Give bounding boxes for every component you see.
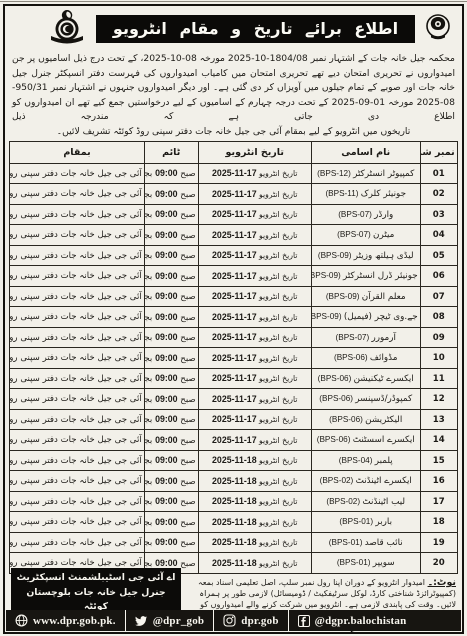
interview-date-cell: تاریخ انٹرویو 18-11-2025 [198, 532, 311, 553]
interview-time-cell: صبح 09:00 بجے [144, 245, 198, 266]
interview-date-cell: تاریخ انٹرویو 18-11-2025 [198, 450, 311, 471]
interview-date-cell: تاریخ انٹرویو 18-11-2025 [198, 553, 311, 574]
interview-date-cell: تاریخ انٹرویو 17-11-2025 [198, 204, 311, 225]
serial-number-cell: 09 [420, 327, 457, 348]
table-row: 14ایکسرے اسسٹنٹ (BPS-06)تاریخ انٹرویو 17… [10, 430, 457, 451]
footer-twitter-segment: @dpr_gob [125, 610, 214, 631]
serial-number-cell: 12 [420, 389, 457, 410]
venue-cell: آئی جی جیل خانہ جات دفتر سپنی روڈ کوئٹہ [10, 409, 144, 430]
interview-time-cell: صبح 09:00 بجے [144, 532, 198, 553]
intro-closing-line: تاریخوں میں انٹرویو کے لیے بمقام آئی جی … [7, 125, 460, 140]
post-name-cell: ایکسرے ٹیکنیشن (BPS-06) [311, 368, 420, 389]
post-name-cell: جونیئر کلرک (BPS-11) [311, 184, 420, 205]
interview-date-cell: تاریخ انٹرویو 17-11-2025 [198, 225, 311, 246]
footer-instagram-segment: dpr.gob [213, 610, 287, 631]
column-header-post: نام اسامی [311, 141, 420, 163]
column-header-date: تاریخ انٹرویو [198, 141, 311, 163]
interview-date-cell: تاریخ انٹرویو 17-11-2025 [198, 286, 311, 307]
interview-time-cell: صبح 09:00 بجے [144, 368, 198, 389]
column-header-time: ٹائم [144, 141, 198, 163]
table-row: 19نائب قاصد (BPS-01)تاریخ انٹرویو 18-11-… [10, 532, 457, 553]
venue-cell: آئی جی جیل خانہ جات دفتر سپنی روڈ کوئٹہ [10, 225, 144, 246]
note-label: نوٹ:۔ [428, 577, 456, 588]
interview-time-cell: صبح 09:00 بجے [144, 348, 198, 369]
post-name-cell: پلمبر (BPS-04) [311, 450, 420, 471]
post-name-cell: جے.وی ٹیچر (فیمیل) (BPS-09) [311, 307, 420, 328]
table-row: 09آرمورر (BPS-07)تاریخ انٹرویو 17-11-202… [10, 327, 457, 348]
interview-time-cell: صبح 09:00 بجے [144, 389, 198, 410]
table-row: 16ایکسرے اٹینڈنٹ (BPS-02)تاریخ انٹرویو 1… [10, 471, 457, 492]
interview-date-cell: تاریخ انٹرویو 17-11-2025 [198, 245, 311, 266]
interview-date-cell: تاریخ انٹرویو 17-11-2025 [198, 389, 311, 410]
interview-date-cell: تاریخ انٹرویو 18-11-2025 [198, 512, 311, 533]
post-name-cell: وارڈر (BPS-07) [311, 204, 420, 225]
government-seal-icon [422, 11, 454, 47]
footer-twitter-handle: @dpr_gob [153, 615, 205, 627]
post-name-cell: ایکسرے اٹینڈنٹ (BPS-02) [311, 471, 420, 492]
post-name-cell: باربر (BPS-01) [311, 512, 420, 533]
facebook-icon [298, 615, 310, 627]
post-name-cell: سویپر (BPS-01) [311, 553, 420, 574]
venue-cell: آئی جی جیل خانہ جات دفتر سپنی روڈ کوئٹہ [10, 266, 144, 287]
interview-time-cell: صبح 09:00 بجے [144, 286, 198, 307]
post-name-cell: لیب اٹینڈنٹ (BPS-02) [311, 491, 420, 512]
post-name-cell: جونیئر ڈرل انسٹرکٹر (BPS-09) [311, 266, 420, 287]
interview-time-cell: صبح 09:00 بجے [144, 471, 198, 492]
footer-social-bar: www.dpr.gob.pk. @dpr_gob dpr.gob @dgpr.b… [6, 610, 461, 631]
newspaper-ad-sheet: اطلاع برائے تاریخ و مقام انٹرویو محکمہ ج… [0, 0, 467, 636]
table-row: 13الیکٹریشن (BPS-06)تاریخ انٹرویو 17-11-… [10, 409, 457, 430]
venue-cell: آئی جی جیل خانہ جات دفتر سپنی روڈ کوئٹہ [10, 184, 144, 205]
serial-number-cell: 01 [420, 163, 457, 184]
interview-date-cell: تاریخ انٹرویو 17-11-2025 [198, 307, 311, 328]
venue-cell: آئی جی جیل خانہ جات دفتر سپنی روڈ کوئٹہ [10, 491, 144, 512]
table-header-row: نمبر شمار نام اسامی تاریخ انٹرویو ٹائم ب… [10, 141, 457, 163]
post-name-cell: نائب قاصد (BPS-01) [311, 532, 420, 553]
interview-time-cell: صبح 09:00 بجے [144, 163, 198, 184]
footer-website: www.dpr.gob.pk. [33, 615, 116, 627]
globe-icon [15, 614, 28, 627]
table-row: 08جے.وی ٹیچر (فیمیل) (BPS-09)تاریخ انٹرو… [10, 307, 457, 328]
table-row: 17لیب اٹینڈنٹ (BPS-02)تاریخ انٹرویو 18-1… [10, 491, 457, 512]
serial-number-cell: 14 [420, 430, 457, 451]
post-name-cell: ایکسرے اسسٹنٹ (BPS-06) [311, 430, 420, 451]
page-title: اطلاع برائے تاریخ و مقام انٹرویو [96, 15, 415, 43]
interview-date-cell: تاریخ انٹرویو 17-11-2025 [198, 368, 311, 389]
serial-number-cell: 16 [420, 471, 457, 492]
footer-website-segment: www.dpr.gob.pk. [6, 610, 125, 631]
serial-number-cell: 18 [420, 512, 457, 533]
serial-number-cell: 11 [420, 368, 457, 389]
serial-number-cell: 07 [420, 286, 457, 307]
serial-number-cell: 10 [420, 348, 457, 369]
column-header-serial: نمبر شمار [420, 141, 457, 163]
interview-schedule-table: نمبر شمار نام اسامی تاریخ انٹرویو ٹائم ب… [9, 141, 457, 574]
interview-date-cell: تاریخ انٹرویو 17-11-2025 [198, 348, 311, 369]
venue-cell: آئی جی جیل خانہ جات دفتر سپنی روڈ کوئٹہ [10, 450, 144, 471]
interview-time-cell: صبح 09:00 بجے [144, 307, 198, 328]
serial-number-cell: 04 [420, 225, 457, 246]
interview-time-cell: صبح 09:00 بجے [144, 409, 198, 430]
venue-cell: آئی جی جیل خانہ جات دفتر سپنی روڈ کوئٹہ [10, 204, 144, 225]
table-row: 04میٹرن (BPS-07)تاریخ انٹرویو 17-11-2025… [10, 225, 457, 246]
interview-date-cell: تاریخ انٹرویو 17-11-2025 [198, 163, 311, 184]
interview-table-body: 01کمپیوٹر انسٹرکٹر (BPS-12)تاریخ انٹرویو… [10, 163, 457, 573]
serial-number-cell: 06 [420, 266, 457, 287]
interview-time-cell: صبح 09:00 بجے [144, 225, 198, 246]
interview-time-cell: صبح 09:00 بجے [144, 204, 198, 225]
serial-number-cell: 19 [420, 532, 457, 553]
post-name-cell: معلم القرآن (BPS-09) [311, 286, 420, 307]
table-row: 18باربر (BPS-01)تاریخ انٹرویو 18-11-2025… [10, 512, 457, 533]
venue-cell: آئی جی جیل خانہ جات دفتر سپنی روڈ کوئٹہ [10, 163, 144, 184]
interview-notice-ad: اطلاع برائے تاریخ و مقام انٹرویو محکمہ ج… [3, 4, 464, 634]
table-row: 15پلمبر (BPS-04)تاریخ انٹرویو 18-11-2025… [10, 450, 457, 471]
table-row: 03وارڈر (BPS-07)تاریخ انٹرویو 17-11-2025… [10, 204, 457, 225]
serial-number-cell: 02 [420, 184, 457, 205]
serial-number-cell: 05 [420, 245, 457, 266]
venue-cell: آئی جی جیل خانہ جات دفتر سپنی روڈ کوئٹہ [10, 327, 144, 348]
venue-cell: آئی جی جیل خانہ جات دفتر سپنی روڈ کوئٹہ [10, 307, 144, 328]
post-name-cell: کمپوڈر/ڈسپنسر (BPS-06) [311, 389, 420, 410]
venue-cell: آئی جی جیل خانہ جات دفتر سپنی روڈ کوئٹہ [10, 430, 144, 451]
venue-cell: آئی جی جیل خانہ جات دفتر سپنی روڈ کوئٹہ [10, 348, 144, 369]
footer-instagram-handle: dpr.gob [241, 615, 278, 627]
interview-time-cell: صبح 09:00 بجے [144, 450, 198, 471]
table-row: 12کمپوڈر/ڈسپنسر (BPS-06)تاریخ انٹرویو 17… [10, 389, 457, 410]
instagram-icon [223, 614, 236, 627]
serial-number-cell: 15 [420, 450, 457, 471]
newsprint-top-rule [0, 1, 467, 2]
post-name-cell: مڈوائف (BPS-06) [311, 348, 420, 369]
table-row: 01کمپیوٹر انسٹرکٹر (BPS-12)تاریخ انٹرویو… [10, 163, 457, 184]
venue-cell: آئی جی جیل خانہ جات دفتر سپنی روڈ کوئٹہ [10, 512, 144, 533]
interview-date-cell: تاریخ انٹرویو 17-11-2025 [198, 409, 311, 430]
interview-time-cell: صبح 09:00 بجے [144, 184, 198, 205]
post-name-cell: الیکٹریشن (BPS-06) [311, 409, 420, 430]
footer-facebook-handle: @dgpr.balochistan [315, 615, 407, 627]
venue-cell: آئی جی جیل خانہ جات دفتر سپنی روڈ کوئٹہ [10, 532, 144, 553]
twitter-icon [135, 615, 148, 627]
venue-cell: آئی جی جیل خانہ جات دفتر سپنی روڈ کوئٹہ [10, 286, 144, 307]
venue-cell: آئی جی جیل خانہ جات دفتر سپنی روڈ کوئٹہ [10, 389, 144, 410]
venue-cell: آئی جی جیل خانہ جات دفتر سپنی روڈ کوئٹہ [10, 471, 144, 492]
interview-date-cell: تاریخ انٹرویو 17-11-2025 [198, 430, 311, 451]
post-name-cell: میٹرن (BPS-07) [311, 225, 420, 246]
venue-cell: آئی جی جیل خانہ جات دفتر سپنی روڈ کوئٹہ [10, 245, 144, 266]
interview-time-cell: صبح 09:00 بجے [144, 491, 198, 512]
serial-number-cell: 20 [420, 553, 457, 574]
interview-date-cell: تاریخ انٹرویو 17-11-2025 [198, 266, 311, 287]
venue-cell: آئی جی جیل خانہ جات دفتر سپنی روڈ کوئٹہ [10, 368, 144, 389]
interview-time-cell: صبح 09:00 بجے [144, 512, 198, 533]
interview-date-cell: تاریخ انٹرویو 18-11-2025 [198, 491, 311, 512]
interview-time-cell: صبح 09:00 بجے [144, 327, 198, 348]
prisons-department-crest-icon [45, 9, 89, 49]
serial-number-cell: 03 [420, 204, 457, 225]
interview-date-cell: تاریخ انٹرویو 18-11-2025 [198, 471, 311, 492]
signature-line-1: اے آئی جی اسٹیبلشمنٹ انسپکٹریٹ [15, 571, 177, 586]
serial-number-cell: 08 [420, 307, 457, 328]
ad-header: اطلاع برائے تاریخ و مقام انٹرویو [7, 7, 460, 50]
interview-time-cell: صبح 09:00 بجے [144, 266, 198, 287]
serial-number-cell: 13 [420, 409, 457, 430]
post-name-cell: آرمورر (BPS-07) [311, 327, 420, 348]
table-row: 05لیڈی ہیلتھ وزیٹر (BPS-09)تاریخ انٹرویو… [10, 245, 457, 266]
post-name-cell: لیڈی ہیلتھ وزیٹر (BPS-09) [311, 245, 420, 266]
interview-time-cell: صبح 09:00 بجے [144, 430, 198, 451]
column-header-venue: بمقام [10, 141, 144, 163]
table-row: 02جونیئر کلرک (BPS-11)تاریخ انٹرویو 17-1… [10, 184, 457, 205]
interview-date-cell: تاریخ انٹرویو 17-11-2025 [198, 327, 311, 348]
interview-date-cell: تاریخ انٹرویو 17-11-2025 [198, 184, 311, 205]
post-name-cell: کمپیوٹر انسٹرکٹر (BPS-12) [311, 163, 420, 184]
table-row: 06جونیئر ڈرل انسٹرکٹر (BPS-09)تاریخ انٹر… [10, 266, 457, 287]
intro-paragraph: محکمہ جیل خانہ جات کے اشتہار نمبر 1804/0… [7, 50, 460, 125]
table-row: 11ایکسرے ٹیکنیشن (BPS-06)تاریخ انٹرویو 1… [10, 368, 457, 389]
footer-facebook-segment: @dgpr.balochistan [288, 610, 416, 631]
table-row: 07معلم القرآن (BPS-09)تاریخ انٹرویو 17-1… [10, 286, 457, 307]
table-row: 10مڈوائف (BPS-06)تاریخ انٹرویو 17-11-202… [10, 348, 457, 369]
serial-number-cell: 17 [420, 491, 457, 512]
